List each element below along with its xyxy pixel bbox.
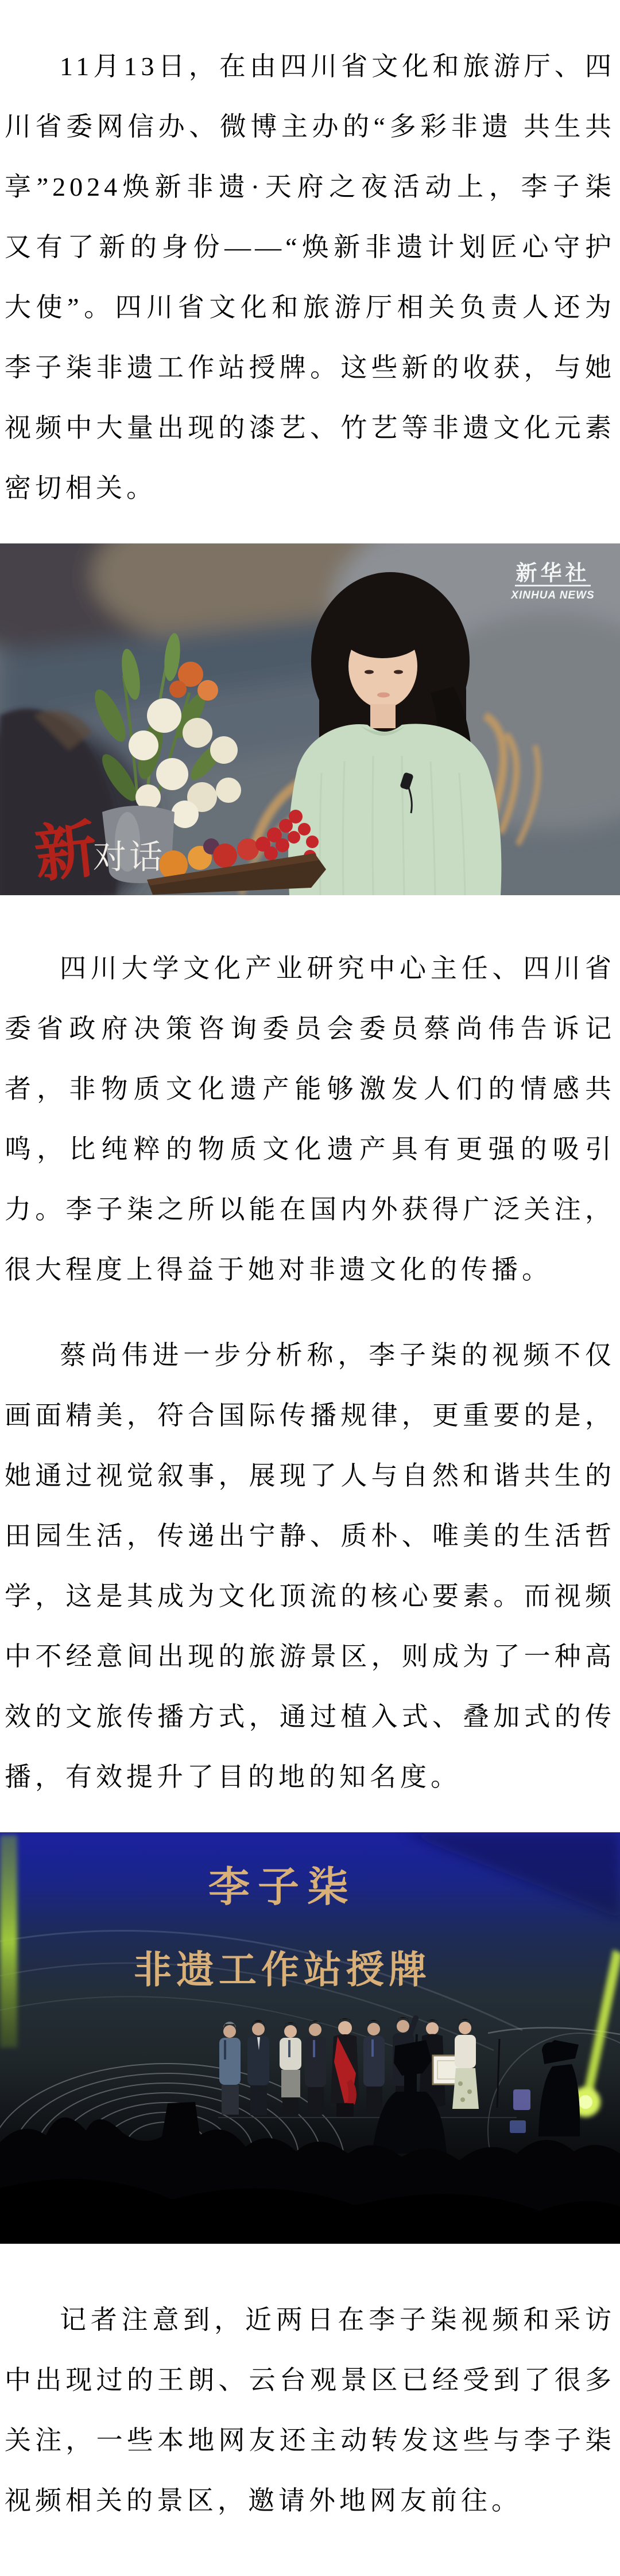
interview-photo-canvas: 新华社 XINHUA NEWS 新 对话 [0, 543, 620, 895]
xinduihua-logo-rest: 对话 [93, 838, 165, 876]
article-page: 11月13日，在由四川省文化和旅游厅、四川省委网信办、微博主办的“多彩非遗 共生… [0, 0, 620, 2567]
ceremony-photo[interactable]: 李子柒 非遗工作站授牌 [0, 1832, 620, 2244]
paragraph-3: 蔡尚伟进一步分析称，李子柒的视频不仅画面精美，符合国际传播规律，更重要的是，她通… [5, 1325, 615, 1807]
interview-photo[interactable]: 新华社 XINHUA NEWS 新 对话 [0, 543, 620, 895]
xinhua-watermark: 新华社 XINHUA NEWS [510, 561, 594, 601]
xinhua-watermark-underline [515, 585, 591, 586]
xinhua-watermark-cn: 新华社 [516, 561, 590, 585]
xinduihua-logo-char-icon: 新 [32, 815, 100, 890]
woman-bangs [341, 609, 425, 658]
right-cameraman-silhouette [538, 2040, 580, 2136]
ceremony-photo-canvas: 李子柒 非遗工作站授牌 [0, 1832, 620, 2244]
woman-neck [370, 704, 396, 728]
paragraph-4: 记者注意到，近两日在李子柒视频和采访中出现过的王朗、云台观景区已经受到了很多关注… [5, 2290, 615, 2531]
xinhua-watermark-en: XINHUA NEWS [510, 589, 594, 601]
paragraph-1: 11月13日，在由四川省文化和旅游厅、四川省委网信办、微博主办的“多彩非遗 共生… [5, 36, 615, 518]
screen-title-line2: 非遗工作站授牌 [134, 1948, 431, 1991]
paragraph-2: 四川大学文化产业研究中心主任、四川省委省政府决策咨询委员会委员蔡尚伟告诉记者，非… [5, 938, 615, 1300]
screen-title-line1: 李子柒 [208, 1864, 356, 1910]
